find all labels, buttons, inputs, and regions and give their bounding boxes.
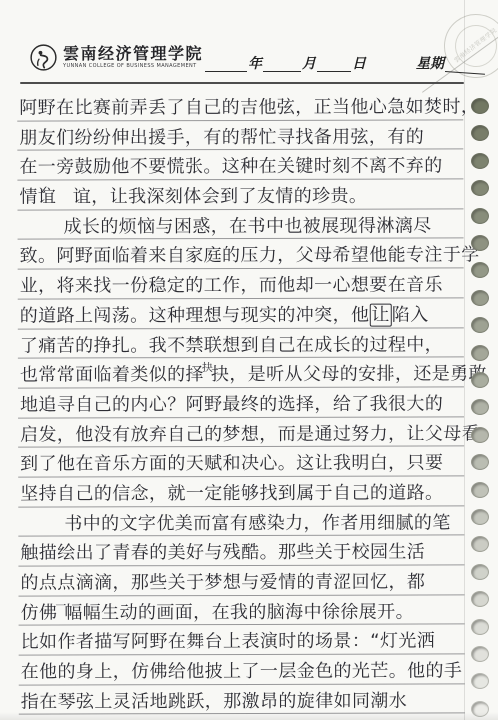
correction-mark: 抉 xyxy=(202,362,213,375)
binding-hole xyxy=(471,673,489,689)
college-logo-block: 雲南经济管理学院 YUNNAN COLLEGE OF BUSINESS MANA… xyxy=(30,44,203,71)
essay-line-text: 触描绘出了青春的美好与残酷。那些关于校园生活 xyxy=(20,543,425,565)
essay-line-19: 比如作者描写阿野在舞台上表演时的场景：“灯光洒 xyxy=(19,625,465,656)
essay-line-text: 比如作者描写阿野在舞台上表演时的场景：“灯光洒 xyxy=(21,632,436,654)
handwriting-segment: 的道路上闯荡。这种理想与现实的冲突，他 xyxy=(20,304,370,326)
essay-body: 阿野在比赛前弄丢了自己的吉他弦，正当他心急如焚时，朋友们纷纷伸出援手，有的帮忙寻… xyxy=(17,90,465,715)
correction-mark: 一 xyxy=(55,600,66,613)
binding-hole xyxy=(471,454,489,470)
essay-line-text: 阿野在比赛前弄丢了自己的吉他弦，正当他心急如焚时， xyxy=(19,97,479,119)
handwriting-segment: 比如作者描写阿野在舞台上表演时的场景：“灯光洒 xyxy=(21,631,436,653)
handwriting-segment: 致。阿野面临着来自家庭的压力，父母希望他能专注于学 xyxy=(20,245,480,267)
essay-line-17: 的点点滴滴，那些关于梦想与爱情的青涩回忆，都 xyxy=(18,565,464,596)
handwriting-segment: 地追寻自己的内心？阿野最终的选择，给了我很大的 xyxy=(20,393,443,415)
handwriting-segment: 到了他在音乐方面的天赋和决心。这让我明白，只要 xyxy=(20,453,443,475)
essay-line-16: 触描绘出了青春的美好与残酷。那些关于校园生活 xyxy=(18,536,464,567)
correction-mark: ✓ xyxy=(39,185,48,198)
handwriting-segment: 在一旁鼓励他不要慌张。这种在关键时刻不离不弃的 xyxy=(19,156,442,178)
essay-line-8: 的道路上闯荡。这种理想与现实的冲突，他让陷入 xyxy=(18,298,464,329)
essay-line-5: 成长的烦恼与困惑，在书中也被展现得淋漓尽 xyxy=(17,209,463,240)
binding-hole xyxy=(471,290,489,306)
handwriting-segment: 了痛苦的挣扎。我不禁联想到自己在成长的过程中， xyxy=(20,334,443,356)
handwriting-segment: 书中的文字优美而富有感染力，作者用细腻的笔 xyxy=(64,512,450,534)
binding-hole xyxy=(471,180,489,196)
essay-line-7: 业，将来找一份稳定的工作，而他却一心想要在音乐 xyxy=(18,269,464,300)
handwriting-segment: 成长的烦恼与困惑，在书中也被展现得淋漓尽 xyxy=(64,215,432,237)
notebook-page: 雲南经济管理学院 雲南经济管理学院 YUNNAN COLLEGE OF BUSI… xyxy=(0,0,498,720)
binding-hole xyxy=(471,153,489,169)
essay-line-text: 的点点滴滴，那些关于梦想与爱情的青涩回忆，都 xyxy=(20,573,425,595)
binding-hole xyxy=(471,125,489,141)
binding-hole xyxy=(471,564,489,580)
weekday-blank xyxy=(445,56,486,75)
essay-line-text: 也常常面临着类似的择抉抉，是听从父母的安排，还是勇敢 xyxy=(20,365,487,387)
essay-line-9: 了痛苦的挣扎。我不禁联想到自己在成长的过程中， xyxy=(18,328,464,359)
date-fields: 年 月 日 星期 xyxy=(205,56,485,72)
page-header: 雲南经济管理学院 YUNNAN COLLEGE OF BUSINESS MANA… xyxy=(0,0,498,90)
binding-hole xyxy=(471,536,489,552)
handwriting-segment: 情谊 xyxy=(19,187,56,208)
day-blank xyxy=(317,56,351,72)
handwriting-segment: 触描绘出了青春的美好与残酷。那些关于校园生活 xyxy=(20,542,425,564)
essay-line-21: 指在琴弦上灵活地跳跃，那激昂的旋律如同潮水 xyxy=(19,684,465,715)
college-name-en: YUNNAN COLLEGE OF BUSINESS MANAGEMENT xyxy=(63,63,203,69)
essay-line-14: 坚持自己的信念，就一定能够找到属于自己的道路。 xyxy=(18,476,464,507)
year-blank xyxy=(205,56,247,72)
essay-line-text: 的道路上闯荡。这种理想与现实的冲突，他让陷入 xyxy=(20,305,429,327)
essay-line-text: 业，将来找一份稳定的工作，而他却一心想要在音乐 xyxy=(20,276,443,298)
essay-line-12: 启发，他没有放弃自己的梦想，而是通过努力，让父母看 xyxy=(18,417,464,448)
essay-line-text: 仿佛一幅幅生动的画面，在我的脑海中徐徐展开。 xyxy=(21,602,414,624)
essay-line-text: 朋友们纷纷伸出援手，有的帮忙寻找备用弦，有的 xyxy=(19,127,424,149)
essay-line-text: 书中的文字优美而富有感染力，作者用细腻的笔 xyxy=(64,513,450,535)
handwriting-segment: 抉，是听从父母的安排，还是勇敢 xyxy=(211,364,487,386)
handwriting-segment: 朋友们纷纷伸出援手，有的帮忙寻找备用弦，有的 xyxy=(19,126,424,148)
essay-line-text: 成长的烦恼与困惑，在书中也被展现得淋漓尽 xyxy=(64,216,432,238)
binding-hole xyxy=(471,345,489,361)
binding-hole xyxy=(471,208,489,224)
essay-line-10: 也常常面临着类似的择抉抉，是听从父母的安排，还是勇敢 xyxy=(18,358,464,389)
essay-line-11: 地追寻自己的内心？阿野最终的选择，给了我很大的 xyxy=(18,387,464,418)
essay-line-18: 仿佛一幅幅生动的画面，在我的脑海中徐徐展开。 xyxy=(19,595,465,626)
essay-line-text: 指在琴弦上灵活地跳跃，那激昂的旋律如同潮水 xyxy=(21,691,407,713)
college-logo-icon xyxy=(30,44,57,71)
essay-line-text: 情谊✓ 谊，让我深刻体会到了友情的珍贵。 xyxy=(19,187,367,209)
correction-mark: 让 xyxy=(369,303,391,326)
binding-hole xyxy=(471,399,489,415)
essay-line-1: 阿野在比赛前弄丢了自己的吉他弦，正当他心急如焚时， xyxy=(17,90,463,121)
page-edge-line xyxy=(464,0,465,720)
college-name-cn: 雲南经济管理学院 xyxy=(63,46,203,63)
handwriting-segment: 谊，让我深刻体会到了友情的珍贵。 xyxy=(54,186,367,208)
handwriting-segment: 的点点滴滴，那些关于梦想与爱情的青涩回忆，都 xyxy=(20,572,425,594)
year-label: 年 xyxy=(247,57,263,72)
binding-hole xyxy=(471,509,489,525)
handwriting-segment: 仿佛 xyxy=(21,602,58,623)
month-blank xyxy=(263,56,301,72)
essay-line-4: 情谊✓ 谊，让我深刻体会到了友情的珍贵。 xyxy=(17,179,463,210)
essay-line-text: 地追寻自己的内心？阿野最终的选择，给了我很大的 xyxy=(20,394,443,416)
essay-line-text: 致。阿野面临着来自家庭的压力，父母希望他能专注于学 xyxy=(20,246,480,268)
essay-line-6: 致。阿野面临着来自家庭的压力，父母希望他能专注于学 xyxy=(18,239,464,270)
day-label: 日 xyxy=(351,57,367,72)
handwriting-segment: 幅幅生动的画面，在我的脑海中徐徐展开。 xyxy=(64,601,414,623)
binding-hole xyxy=(471,591,489,607)
essay-line-2: 朋友们纷纷伸出援手，有的帮忙寻找备用弦，有的 xyxy=(17,120,463,151)
weekday-label: 星期 xyxy=(415,57,445,72)
essay-line-text: 启发，他没有放弃自己的梦想，而是通过努力，让父母看 xyxy=(20,424,480,446)
essay-line-text: 到了他在音乐方面的天赋和决心。这让我明白，只要 xyxy=(20,454,443,476)
month-label: 月 xyxy=(301,57,317,72)
handwriting-segment: 坚持自己的信念，就一定能够找到属于自己的道路。 xyxy=(20,482,443,504)
essay-line-text: 在他的身上，仿佛给他披上了一层金色的光芒。他的手 xyxy=(21,661,463,683)
handwriting-segment: 也常常面临着类似的择 xyxy=(20,364,204,385)
page-bottom-shadow xyxy=(0,712,498,720)
essay-line-20: 在他的身上，仿佛给他披上了一层金色的光芒。他的手 xyxy=(19,654,465,685)
essay-line-13: 到了他在音乐方面的天赋和决心。这让我明白，只要 xyxy=(18,447,464,478)
handwriting-segment: 指在琴弦上灵活地跳跃，那激昂的旋律如同潮水 xyxy=(21,690,407,712)
essay-line-text: 了痛苦的挣扎。我不禁联想到自己在成长的过程中， xyxy=(20,335,443,357)
binding-hole xyxy=(471,317,489,333)
essay-line-text: 在一旁鼓励他不要慌张。这种在关键时刻不离不弃的 xyxy=(19,157,442,179)
binding-hole xyxy=(471,619,489,635)
handwriting-segment: 陷入 xyxy=(392,304,429,325)
handwriting-segment: 阿野在比赛前弄丢了自己的吉他弦，正当他心急如焚时， xyxy=(19,96,479,118)
essay-line-3: 在一旁鼓励他不要慌张。这种在关键时刻不离不弃的 xyxy=(17,150,463,181)
handwriting-segment: 在他的身上，仿佛给他披上了一层金色的光芒。他的手 xyxy=(21,660,463,682)
essay-line-text: 坚持自己的信念，就一定能够找到属于自己的道路。 xyxy=(20,483,443,505)
handwriting-segment: 启发，他没有放弃自己的梦想，而是通过努力，让父母看 xyxy=(20,423,480,445)
binding-hole xyxy=(471,482,489,498)
essay-line-15: 书中的文字优美而富有感染力，作者用细腻的笔 xyxy=(18,506,464,537)
header-divider xyxy=(20,82,464,84)
college-name-block: 雲南经济管理学院 YUNNAN COLLEGE OF BUSINESS MANA… xyxy=(63,46,203,70)
binding-hole xyxy=(471,646,489,662)
handwriting-segment: 业，将来找一份稳定的工作，而他却一心想要在音乐 xyxy=(20,275,443,297)
